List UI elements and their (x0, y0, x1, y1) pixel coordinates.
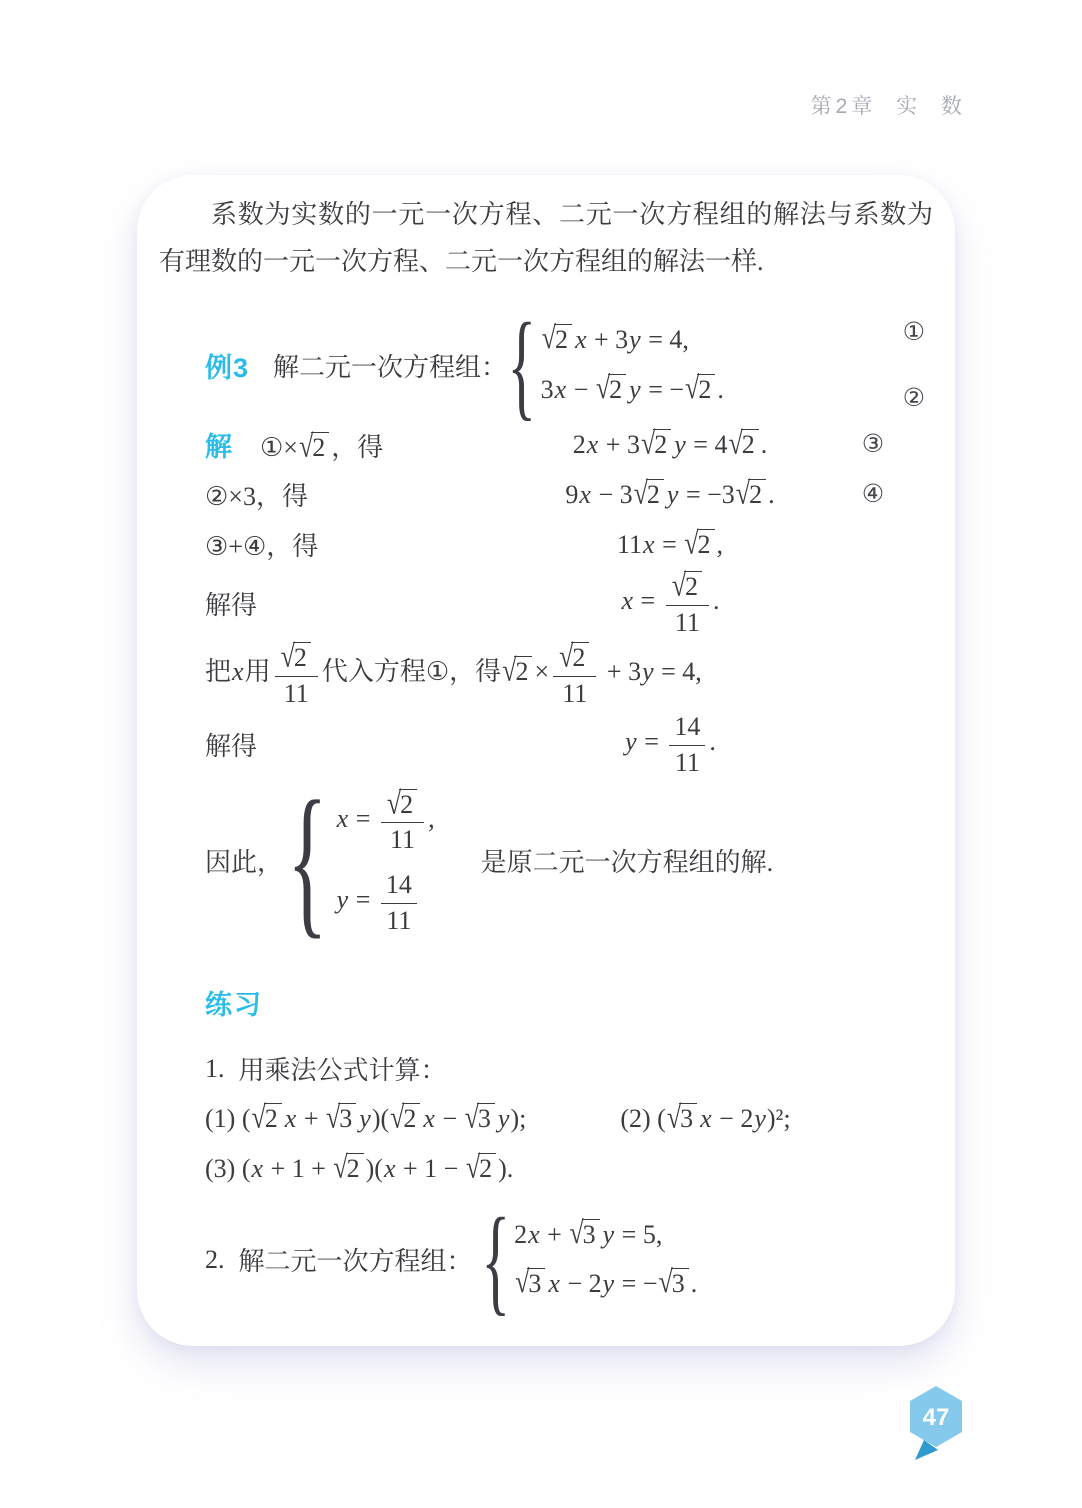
page-number: 47 (923, 1404, 950, 1431)
conclusion-tail: 是原二元一次方程组的解. (481, 842, 774, 879)
problem-1-item-3: (3) (x + 1 + √2)(x + 1 − √2). (205, 1153, 513, 1184)
step-operation: ①×√2，得 (260, 433, 383, 462)
solution-step: ②×3，得 9x − 3√2y = −3√2. ④ (205, 469, 911, 519)
solution-step: ③+④，得 11x = √2, (205, 519, 911, 569)
step-operation: ③+④，得 (205, 532, 318, 561)
sqrt-radical: √2 (672, 571, 702, 602)
practice-title: 练习 (205, 983, 911, 1022)
equation-2: 3x − √2y = −√2. (541, 374, 724, 407)
sqrt-radical: √2 (299, 432, 329, 463)
sqrt-radical: √3 (659, 1268, 689, 1301)
solution-step: 解得 x = √211. (205, 569, 911, 637)
intro-paragraph: 系数为实数的一元一次方程、二元一次方程组的解法与系数为有理数的一元一次方程、二元… (159, 191, 933, 285)
problem-1-items-b: (3) (x + 1 + √2)(x + 1 − √2). (205, 1144, 911, 1194)
fraction: √211 (381, 787, 424, 855)
problem-2-text: 解二元一次方程组： (239, 1241, 473, 1278)
hexagon-icon: 47 (906, 1384, 966, 1464)
sqrt-radical: √2 (685, 374, 715, 407)
problem-1-items-a: (1) (√2x + √3y)(√2x − √3y); (2) (√3x − 2… (205, 1094, 911, 1144)
problem-2: 2. 解二元一次方程组： { 2x + √3y = 5, √3x − 2y = … (205, 1204, 911, 1316)
textbook-page: 第2章 实 数 系数为实数的一元一次方程、二元一次方程组的解法与系数为有理数的一… (0, 0, 1082, 1508)
left-brace: { (507, 311, 536, 419)
sqrt-radical: √3 (667, 1103, 697, 1134)
solution-x: x = √211, (336, 787, 435, 855)
step-equation: 11x = √2, (617, 529, 723, 560)
sqrt-radical: √3 (465, 1103, 495, 1134)
fraction: 1411 (669, 711, 705, 777)
problem-2-system: { 2x + √3y = 5, √3x − 2y = −√3. (481, 1206, 698, 1314)
practice-section: 练习 1. 用乘法公式计算： (1) (√2x + √3y)(√2x − √3y… (205, 983, 911, 1316)
conclusion-row: 因此， { x = √211, y = 1411 是原二元一次方程组的解. (205, 785, 911, 936)
fraction: 1411 (381, 869, 417, 935)
equation-numbers: ① ② (903, 317, 925, 413)
step-equation: y = 1411. (624, 711, 716, 777)
sqrt-radical: √2 (390, 1103, 420, 1134)
equation-number-2: ② (903, 383, 925, 413)
sqrt-radical: √2 (251, 1103, 281, 1134)
sqrt-radical: √2 (684, 529, 714, 560)
fraction: √211 (666, 569, 709, 637)
equation-number-4: ④ (862, 479, 884, 509)
chapter-header: 第2章 实 数 (811, 90, 966, 120)
problem-2-equation-1: 2x + √3y = 5, (514, 1219, 697, 1252)
solve-label: 解 (205, 432, 232, 462)
sqrt-radical: √2 (333, 1153, 363, 1184)
sqrt-radical: √2 (736, 479, 766, 510)
step-equation: 2x + 3√2y = 4√2. (573, 429, 768, 460)
step-operation: ②×3，得 (205, 482, 308, 511)
sqrt-radical: √2 (466, 1153, 496, 1184)
equation-system: { √2x + 3y = 4, 3x − √2y = −√2. (507, 311, 724, 419)
left-brace: { (287, 785, 327, 936)
conclusion-lead: 因此， (205, 842, 283, 879)
fraction: √211 (553, 640, 596, 708)
problem-1-item-1: (1) (√2x + √3y)(√2x − √3y); (205, 1103, 526, 1134)
sqrt-radical: √2 (596, 374, 626, 407)
problem-number: 2. (205, 1245, 225, 1275)
step-equation: 9x − 3√2y = −3√2. (565, 479, 774, 510)
solution-step: 把x用√211代入方程①，得√2×√211 + 3y = 4, (205, 637, 911, 711)
step-equation: x = √211. (621, 569, 720, 637)
sqrt-radical: √2 (559, 642, 589, 673)
example-3-row: 例3 解二元一次方程组： { √2x + 3y = 4, 3x − √2y = … (205, 311, 911, 419)
example-prompt: 解二元一次方程组： (273, 347, 507, 384)
page-number-badge: 47 (906, 1384, 966, 1464)
problem-1-item-2: (2) (√3x − 2y)²; (620, 1103, 790, 1134)
problem-1-text: 用乘法公式计算： (239, 1050, 447, 1087)
fraction: √211 (275, 640, 318, 708)
step-operation: 解得 (205, 732, 257, 761)
equation-number-1: ① (903, 317, 925, 347)
solution-step: 解①×√2，得 2x + 3√2y = 4√2. ③ (205, 419, 911, 469)
sqrt-radical: √3 (326, 1103, 356, 1134)
equation-1: √2x + 3y = 4, (541, 324, 724, 357)
substitution-line: 把x用√211代入方程①，得√2×√211 + 3y = 4, (205, 657, 702, 686)
left-brace: { (481, 1206, 510, 1314)
equation-number-3: ③ (862, 429, 884, 459)
problem-1: 1. 用乘法公式计算： (205, 1044, 911, 1094)
sqrt-radical: √3 (569, 1219, 599, 1252)
content-card: 系数为实数的一元一次方程、二元一次方程组的解法与系数为有理数的一元一次方程、二元… (137, 175, 955, 1346)
problem-number: 1. (205, 1054, 225, 1084)
sqrt-radical: √2 (728, 429, 758, 460)
sqrt-radical: √3 (515, 1268, 545, 1301)
solution-y: y = 1411 (336, 869, 435, 935)
example-label: 例3 (205, 346, 249, 385)
sqrt-radical: √2 (387, 789, 417, 820)
sqrt-radical: √2 (281, 642, 311, 673)
problem-2-equation-2: √3x − 2y = −√3. (514, 1268, 697, 1301)
sqrt-radical: √2 (542, 324, 572, 357)
content-body: 例3 解二元一次方程组： { √2x + 3y = 4, 3x − √2y = … (205, 311, 911, 1316)
sqrt-radical: √2 (641, 429, 671, 460)
solution-system: { x = √211, y = 1411 (283, 785, 435, 936)
step-operation: 解得 (205, 591, 257, 620)
sqrt-radical: √2 (634, 479, 664, 510)
sqrt-radical: √2 (502, 656, 532, 687)
